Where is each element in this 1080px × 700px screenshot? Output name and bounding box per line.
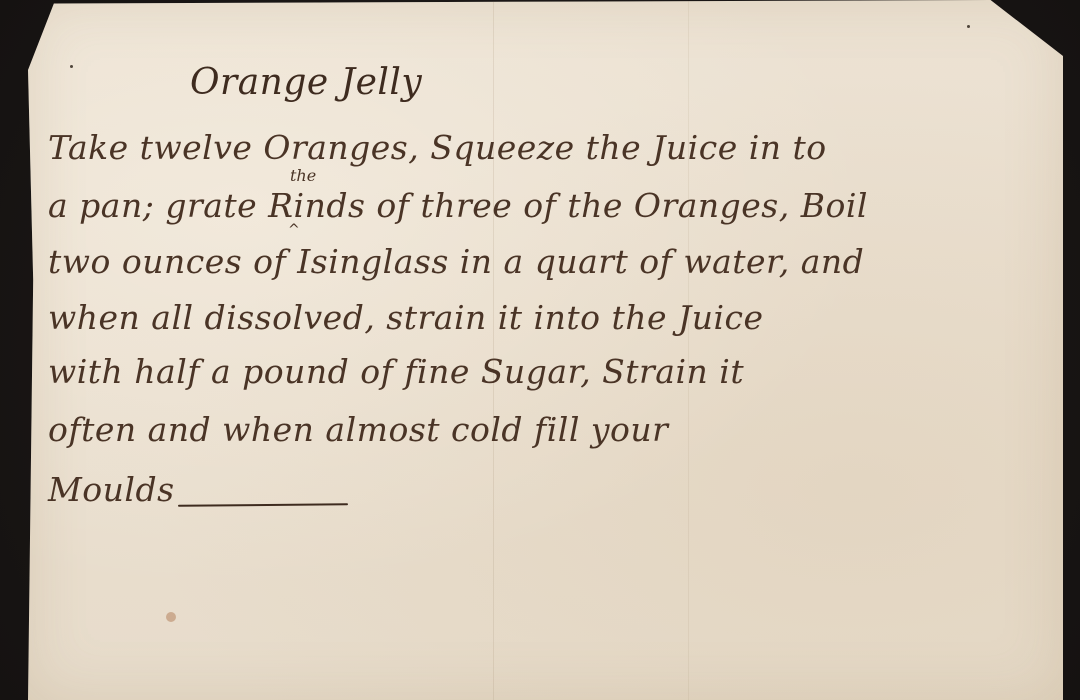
recipe-line-2: a pan; grate Rinds of three of the Orang…: [48, 186, 868, 225]
recipe-line-5: with half a pound of fine Sugar, Strain …: [48, 352, 744, 391]
paper-fold-crease: [493, 0, 494, 700]
ink-stain: [70, 65, 73, 68]
recipe-line-6: often and when almost cold fill your: [48, 410, 668, 449]
recipe-line-4: when all dissolved, strain it into the J…: [48, 298, 764, 337]
ink-stain: [967, 25, 970, 28]
paper-fold-crease: [688, 0, 689, 700]
recipe-line-3: two ounces of Isinglass in a quart of wa…: [48, 242, 864, 281]
recipe-line-7: Moulds: [48, 470, 175, 509]
recipe-title: Orange Jelly: [190, 62, 422, 103]
interlinear-insertion: the: [290, 166, 316, 185]
ink-stain: [166, 612, 176, 622]
recipe-line-1: Take twelve Oranges, Squeeze the Juice i…: [48, 128, 827, 167]
manuscript-page: [28, 0, 1063, 700]
scan-background: Orange Jelly the ^ Take twelve Oranges, …: [0, 0, 1080, 700]
